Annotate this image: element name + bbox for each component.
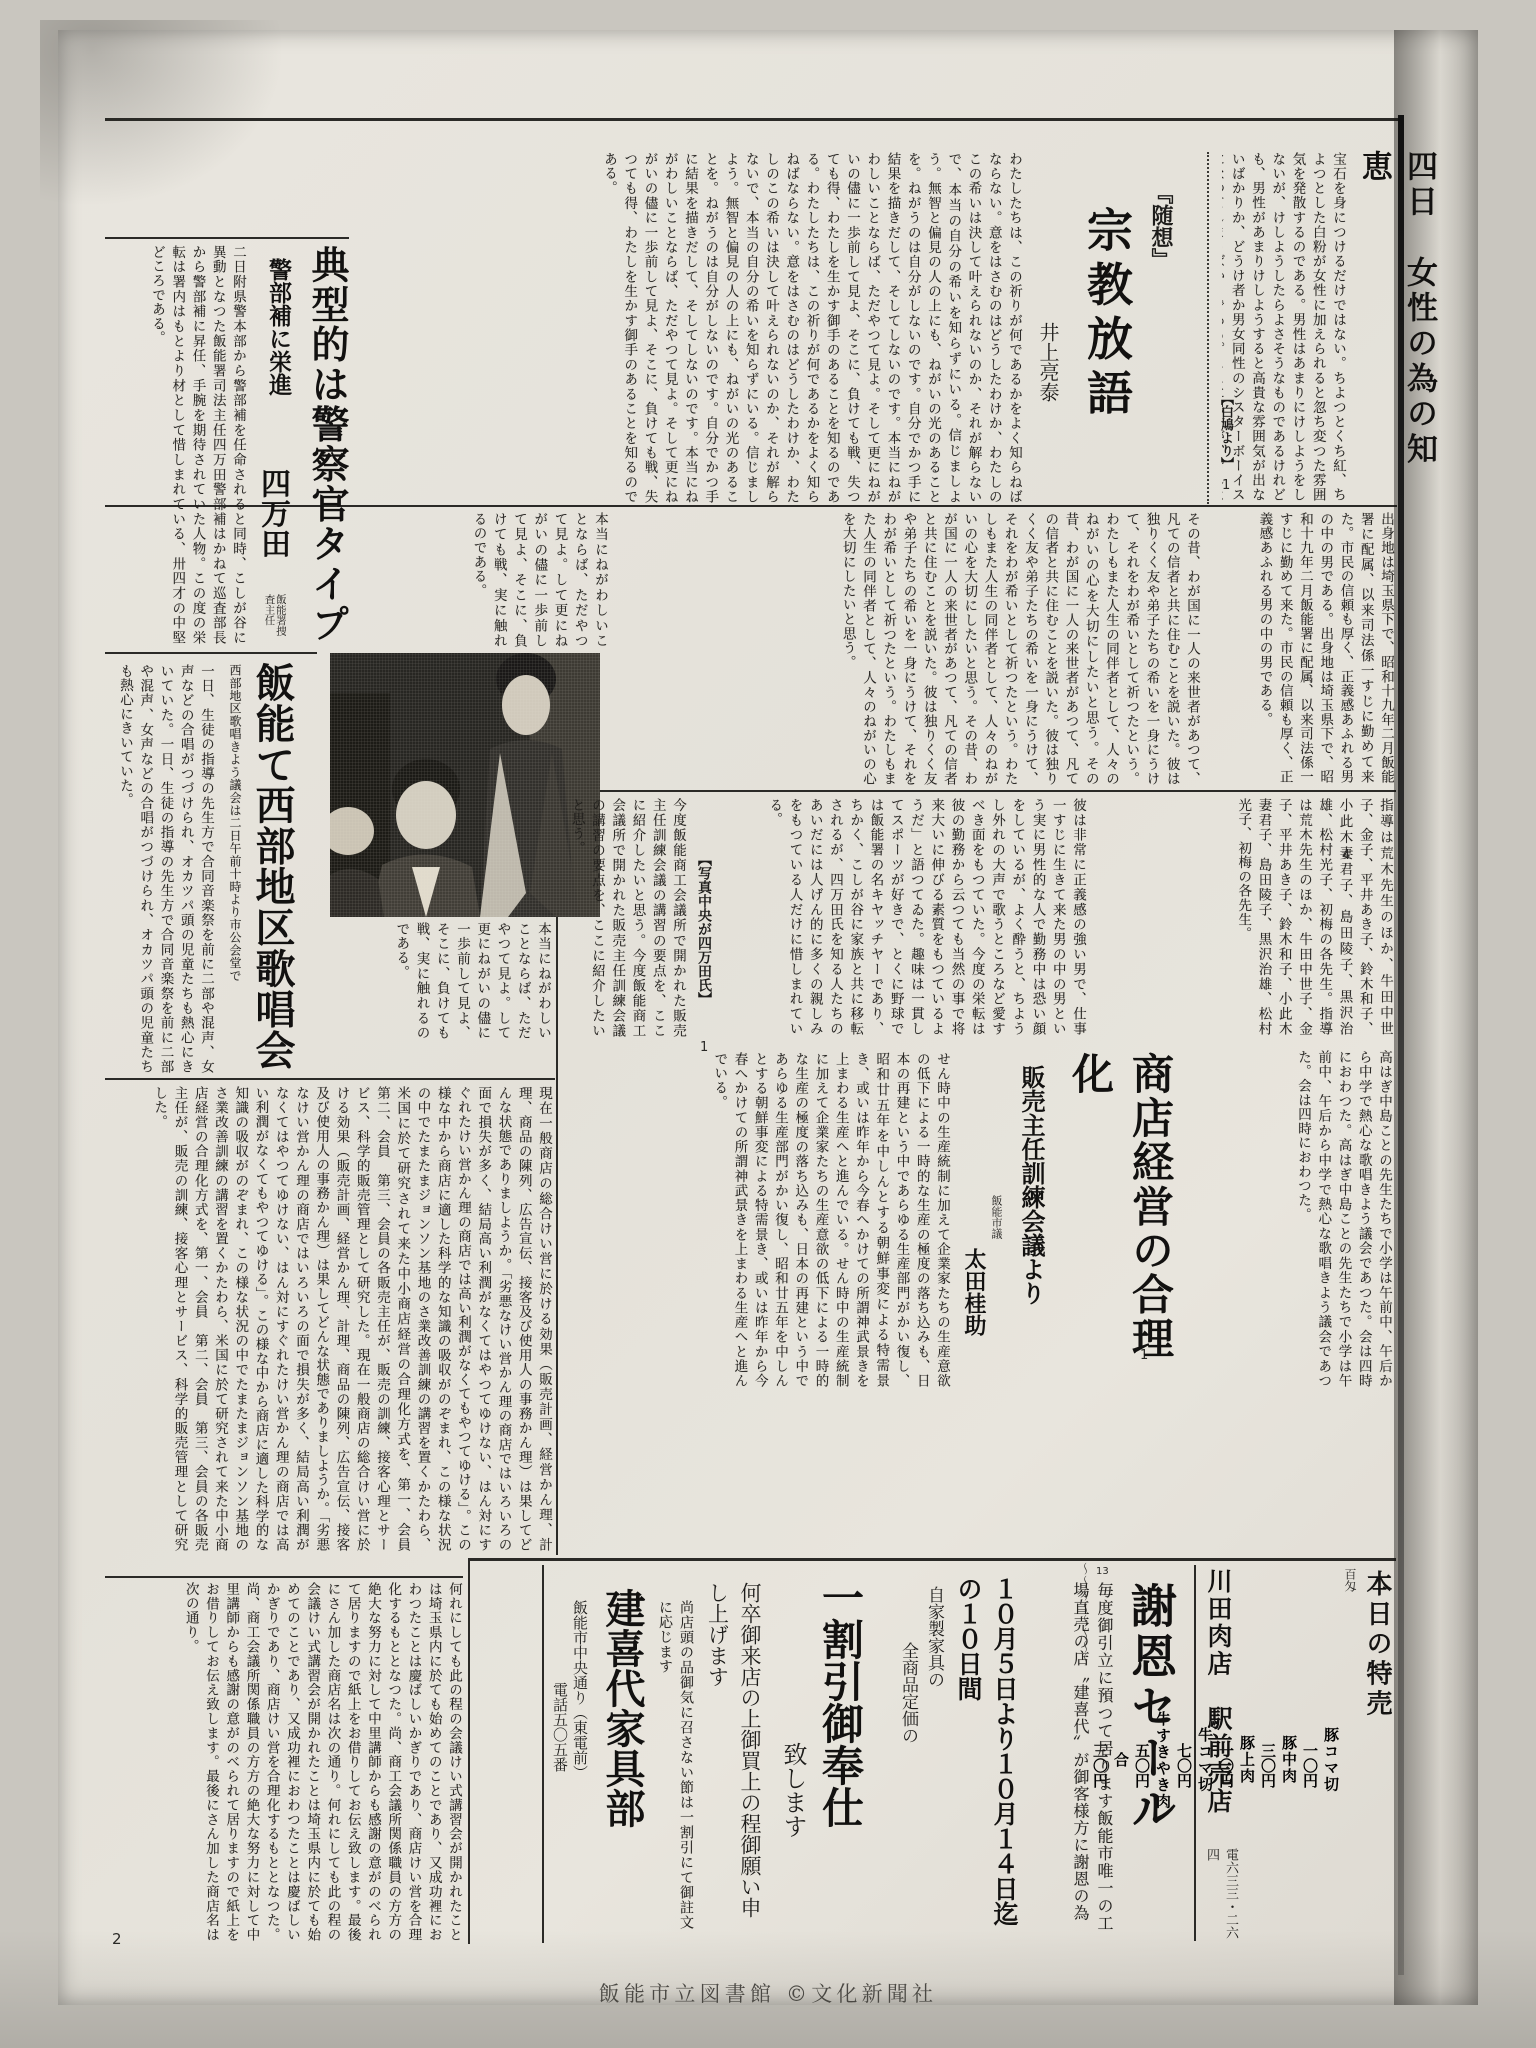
police-name: 四万田 (250, 468, 294, 588)
closing-top-rule (105, 1576, 463, 1578)
band1-rule (105, 505, 1397, 507)
shoten-author: 太田桂助 (958, 1248, 989, 1388)
left-band-rule (105, 1078, 555, 1080)
price-board: 本日の特売 百匁 豚コマ切一〇円豚中肉三〇円豚上肉一〇円牛コマ切七〇円牛すきやき… (1222, 1562, 1396, 1948)
police-name-note: 飯能署捜査主任 (260, 594, 286, 642)
ads-top-rule (468, 1558, 1396, 1561)
wisdom-credit: 【白鳩より】 (1216, 392, 1235, 472)
police-lead: 二日附県警本部から警部補を任命されると同時、こしが谷に異動となつた飯能署司法主任… (108, 245, 248, 645)
wisdom-body: 宝石を身につけるだけではない。ちよつとくち紅、ちよつとした白粉が女性に加えられる… (1222, 152, 1348, 502)
price-column: 豚コマ切一〇円 (1300, 1562, 1342, 1948)
furniture-shop-address: 飯能市中央通り（東電前） (570, 1600, 591, 1915)
sale-discount: 一割引御奉仕 (810, 1576, 870, 1908)
page-number: 2 (112, 1930, 122, 1948)
chorus-headline: 飯能て西部地区歌唱会 (244, 662, 301, 1082)
price-item-name: 豚上肉 (1237, 1735, 1258, 1785)
top-frame-rule (105, 118, 1399, 121)
kawata-phone: 電六三三・二六四 (1202, 1848, 1240, 1943)
newspaper-scan-page: { "page": { "footer": "飯能市立図書館 ©文化新聞社", … (0, 0, 1536, 2048)
shoten-headline: 商店経営の合理化 (1060, 1052, 1180, 1392)
photo-caption: 【写真中央が四万田氏】 (694, 852, 714, 1030)
police-body: 彼は非常に正義感の強い男で、仕事一すじに生きて来た男の中の男という実に男性的な人… (728, 798, 1088, 1036)
police-subhead: 警部補に栄進 (262, 258, 295, 453)
dotted-column-rule (1207, 152, 1209, 504)
sale-line2: 全商品定価の (896, 1642, 921, 1817)
shoten-subhead: 販売主任訓練会議より (1014, 1065, 1049, 1370)
sale-note: 尚店頭の品御気に召さない節は一割引にて御註文に応じます (648, 1600, 696, 1930)
price-item-value: 一〇円 (1300, 1743, 1321, 1788)
price-item-name: 豚中肉 (1279, 1735, 1300, 1785)
zuiso-headline: 宗教放語 (1074, 206, 1140, 446)
price-column: 豚中肉三〇円 (1258, 1562, 1300, 1948)
wisdom-end-mark: 1 (1222, 478, 1230, 493)
sale-line1: 自家製家具の (922, 1586, 947, 1761)
price-board-unit: 百匁 (1342, 1568, 1359, 1948)
chorus-body: 一日、生徒の指導の先生方で合同音楽祭を前に二部や混声、女声などの合唱がつづけられ… (108, 664, 216, 1074)
sale-dates: １０月５日より１０月１４日迄の１０日間 (950, 1576, 1022, 1938)
police-section-rule (105, 237, 349, 239)
zuiso-body-a: わたしたちは、この祈りが何であるかをよく知らねばならない。意をはさむのはどうした… (348, 152, 1024, 504)
shoten-intro: 今度飯能商工会議所で開かれた販売主任訓練会議の講習の要点を、ここに紹介したいと思… (560, 798, 688, 1038)
closing-divider (468, 1560, 470, 1944)
furniture-shop-phone: 電話五〇五番 (550, 1682, 571, 1867)
price-board-title: 本日の特売 (1359, 1562, 1396, 1948)
ad-divider-left (542, 1565, 544, 1943)
price-item-value: 三〇円 (1258, 1743, 1279, 1788)
chorus-section-rule (105, 652, 317, 654)
sale-headline: 謝恩セール (1118, 1582, 1184, 1914)
police-profile: 出身地は埼玉県下で、昭和十九年二月飯能署に配属、以来司法係一すじに勤めて来た。市… (1218, 512, 1396, 784)
shoten-closing: 何れにしても此の程の会議けい式講習会が開かれたことは埼玉県内に於ても始めてのこと… (108, 1582, 464, 1942)
furniture-shop-name: 建喜代家具部 (594, 1588, 651, 1923)
zuiso-body-d: 本当にねがわしいことならば、ただやつて見よ。して更にねがいの儘に一歩前して見よ、… (348, 922, 553, 1040)
sale-intro: 毎度御引立に預つて居ります飯能市唯一の工場直売の店〝建喜代〞が御客様方に謝恩の為 (1040, 1582, 1116, 1932)
police-headline: 典型的は警察官タイプ (300, 245, 355, 650)
zuiso-author: 井上亮泰 (1034, 322, 1063, 447)
zuiso-kicker: 『随想』 (1146, 182, 1177, 277)
wisdom-headline: 四日 女性の為の知恵 (1352, 150, 1442, 495)
sale-discount2: 致します (776, 1742, 811, 1907)
sale-request: 何卒御来店の上御買上の程御願い申し上げます (700, 1582, 766, 1932)
chorus-side-mark: 4 (1342, 848, 1350, 863)
zuiso-body-c: 本当にねがわしいことならば、ただやつて見よ。して更にねがいの儘に一歩前して見よ、… (348, 512, 610, 648)
zuiso-body-b: その昔、わが国に一人の来世者があつて、凡ての信者と共に住むことを説いた。彼は独り… (620, 512, 1202, 786)
chorus-lead: 西部地区歌唱きよう議会は二日午前十時より市公会堂で (220, 664, 244, 1074)
band2-rule (558, 790, 1396, 792)
shoten-author-role: 飯能市議 (988, 1195, 1004, 1255)
library-stamp: 飯能市立図書館 ©文化新聞社 (0, 1978, 1536, 2008)
page-fold-line (1398, 115, 1404, 1975)
kawata-shop-name: 川田肉店 駅前売店 (1200, 1568, 1236, 1840)
chorus-names: 指導は荒木先生のほか、牛田中世子、金子、平井あき子、鈴木和子、小此木妻君子、島田… (1095, 798, 1395, 1036)
shoten-body1: せん時中の生産統制に加えて企業家たちの生産意欲の低下による一時的な生産の極度の落… (560, 1052, 952, 1388)
price-item-name: 豚コマ切 (1321, 1727, 1342, 1793)
ad-number: 13 (1096, 1566, 1109, 1577)
shoten-body2: 現在一般商店の総合けい営に於ける効果（販売計画、経営かん理、計理、商品の陳列、広… (108, 1086, 554, 1552)
